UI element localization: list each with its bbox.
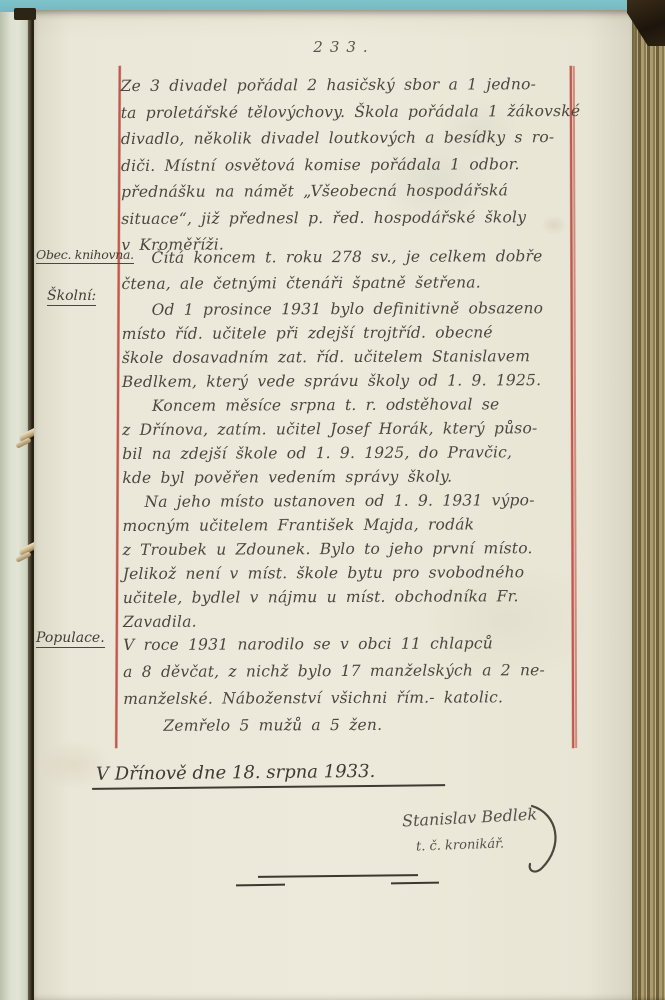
handwritten-line: bil na zdejší škole od 1. 9. 1925, do Pr… bbox=[122, 440, 574, 466]
handwritten-line: učitele, bydlel v nájmu u míst. obchodní… bbox=[123, 584, 575, 610]
paragraph-theatre: Ze 3 divadel pořádal 2 hasičský sbor a 1… bbox=[121, 71, 574, 258]
handwritten-line: čtena, ale četnými čtenáři špatně šetřen… bbox=[121, 269, 573, 297]
margin-label-population: Populace. bbox=[36, 630, 105, 648]
closing-divider-tick-right bbox=[391, 882, 439, 885]
handwritten-line: divadlo, několik divadel loutkových a be… bbox=[121, 124, 573, 152]
scanned-chronicle-photo: 233. Obec. knihovna. Školní: Populace. Z… bbox=[0, 0, 665, 1000]
handwritten-line: Bedlkem, který vede správu školy od 1. 9… bbox=[122, 368, 574, 394]
book-cover-edge-left bbox=[14, 8, 36, 20]
handwritten-line: z Dřínova, zatím. učitel Josef Horák, kt… bbox=[122, 416, 574, 442]
page-number: 233. bbox=[284, 38, 404, 56]
handwritten-line: přednášku na námět „Všeobecná hospodářsk… bbox=[121, 177, 573, 205]
handwritten-line: a 8 děvčat, z nichž bylo 17 manželských … bbox=[123, 657, 575, 686]
handwritten-line: manželské. Náboženství všichni řím.- kat… bbox=[123, 684, 575, 713]
handwritten-line: diči. Místní osvětová komise pořádala 1 … bbox=[121, 151, 573, 179]
handwritten-line: Ze 3 divadel pořádal 2 hasičský sbor a 1… bbox=[121, 71, 573, 99]
handwritten-line: V roce 1931 narodilo se v obci 11 chlapc… bbox=[123, 630, 575, 659]
chronicle-page: 233. Obec. knihovna. Školní: Populace. Z… bbox=[34, 10, 634, 1000]
handwritten-line: Zemřelo 5 mužů a 5 žen. bbox=[123, 711, 575, 740]
signature-name: Stanislav Bedlek bbox=[402, 804, 538, 830]
paragraph-library: Čítá koncem t. roku 278 sv., je celkem d… bbox=[121, 243, 573, 298]
handwritten-line: Koncem měsíce srpna t. r. odstěhoval se bbox=[122, 392, 574, 418]
signature-flourish bbox=[524, 802, 570, 880]
book-fore-edge bbox=[632, 8, 665, 1000]
handwritten-line: Jelikož není v míst. škole bytu pro svob… bbox=[123, 560, 575, 586]
margin-label-school: Školní: bbox=[47, 288, 96, 306]
signature-role: t. č. kronikář. bbox=[416, 836, 505, 854]
handwritten-line: Na jeho místo ustanoven od 1. 9. 1931 vý… bbox=[122, 488, 574, 514]
previous-page-edge bbox=[0, 12, 30, 1000]
handwritten-line: škole dosavadním zat. říd. učitelem Stan… bbox=[122, 344, 574, 370]
paragraph-population: V roce 1931 narodilo se v obci 11 chlapc… bbox=[123, 630, 575, 740]
paragraph-school: Od 1 prosince 1931 bylo definitivně obsa… bbox=[122, 296, 575, 634]
handwritten-line: ta proletářské tělovýchovy. Škola pořáda… bbox=[121, 98, 573, 126]
handwritten-line: místo říd. učitele při zdejší trojtříd. … bbox=[122, 320, 574, 346]
closing-divider-line bbox=[258, 874, 418, 878]
dateline: V Dřínově dne 18. srpna 1933. bbox=[92, 760, 446, 790]
handwritten-line: situace“, již přednesl p. řed. hospodářs… bbox=[121, 204, 573, 232]
margin-label-library: Obec. knihovna. bbox=[36, 247, 134, 264]
handwritten-line: kde byl pověřen vedením správy školy. bbox=[122, 464, 574, 490]
handwritten-line: mocným učitelem František Majda, rodák bbox=[122, 512, 574, 538]
handwritten-line: Od 1 prosince 1931 bylo definitivně obsa… bbox=[122, 296, 574, 322]
handwritten-line: Čítá koncem t. roku 278 sv., je celkem d… bbox=[121, 243, 573, 271]
handwritten-line: z Troubek u Zdounek. Bylo to jeho první … bbox=[123, 536, 575, 562]
red-margin-line-left bbox=[115, 66, 121, 748]
closing-divider-tick-left bbox=[236, 884, 285, 887]
handwriting-block: Ze 3 divadel pořádal 2 hasičský sbor a 1… bbox=[121, 71, 576, 739]
